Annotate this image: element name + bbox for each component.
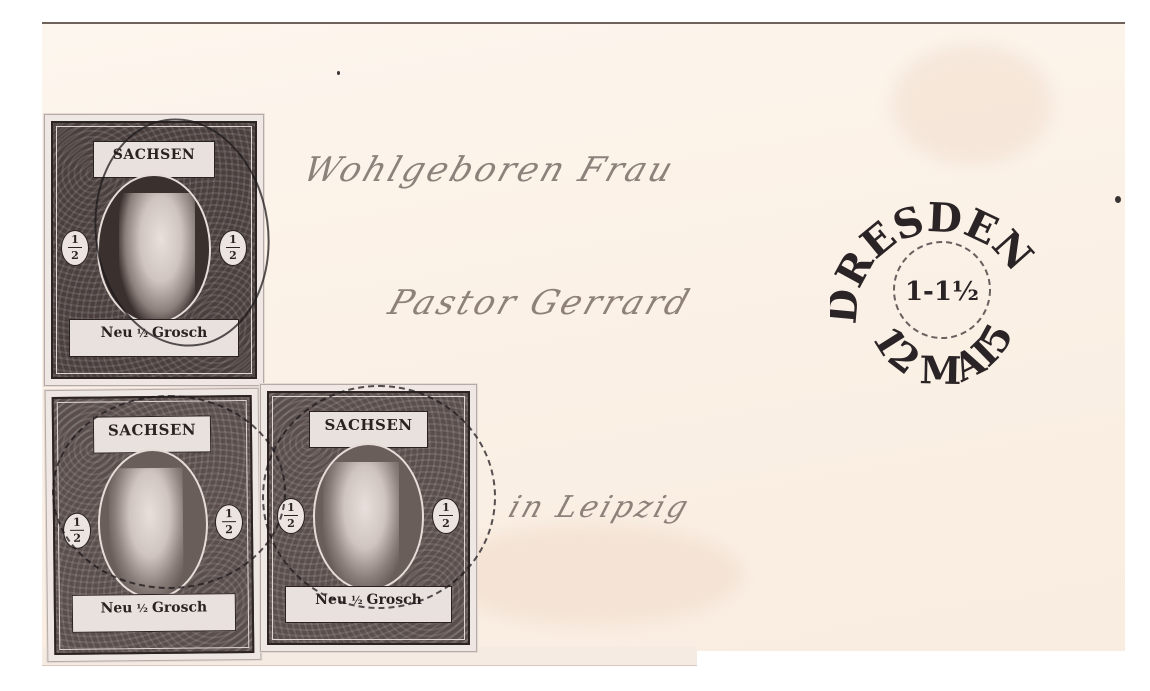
stamp-value-band: Neu½Grosch bbox=[69, 319, 239, 357]
stamp-fraction-right: 12 bbox=[215, 504, 243, 540]
portrait-image bbox=[119, 193, 195, 323]
address-line-2: Pastor Gerrard bbox=[384, 283, 697, 323]
stamp-portrait-oval bbox=[97, 448, 208, 599]
postmark-time: 1-1½ bbox=[905, 277, 979, 307]
address-line-1: Wohlgeboren Frau bbox=[299, 150, 681, 190]
dresden-postmark: DRESDEN 12 MAI56. 1-1½ bbox=[830, 190, 1050, 390]
stamp-bottom-left: SACHSEN 12 12 Neu½Grosch bbox=[45, 388, 262, 662]
stamp-fraction-left: 12 bbox=[63, 513, 91, 549]
stamp-value-band: Neu½Grosch bbox=[71, 593, 236, 632]
stamp-top: SACHSEN 12 12 Neu½Grosch bbox=[44, 114, 264, 386]
stamp-country-label: SACHSEN bbox=[309, 411, 428, 448]
portrait-image bbox=[323, 462, 398, 590]
stamp-value-band: Neu½Grosch bbox=[285, 586, 452, 623]
stamp-portrait-oval bbox=[313, 443, 424, 591]
stamp-fraction-left: 12 bbox=[277, 498, 305, 534]
ink-speck bbox=[337, 71, 340, 75]
ink-speck bbox=[1115, 196, 1121, 203]
stamp-bottom-right: SACHSEN 12 12 Neu½Grosch bbox=[260, 384, 477, 652]
stamp-fraction-left: 12 bbox=[61, 230, 89, 266]
paper-stain bbox=[892, 44, 1052, 164]
portrait-image bbox=[108, 468, 183, 599]
paper-stain bbox=[442, 524, 742, 624]
stamp-fraction-right: 12 bbox=[432, 498, 460, 534]
address-line-3: in Leipzig bbox=[504, 490, 695, 525]
stamp-fraction-right: 12 bbox=[219, 230, 247, 266]
stamp-country-label: SACHSEN bbox=[93, 141, 214, 179]
stamp-portrait-oval bbox=[97, 174, 210, 324]
